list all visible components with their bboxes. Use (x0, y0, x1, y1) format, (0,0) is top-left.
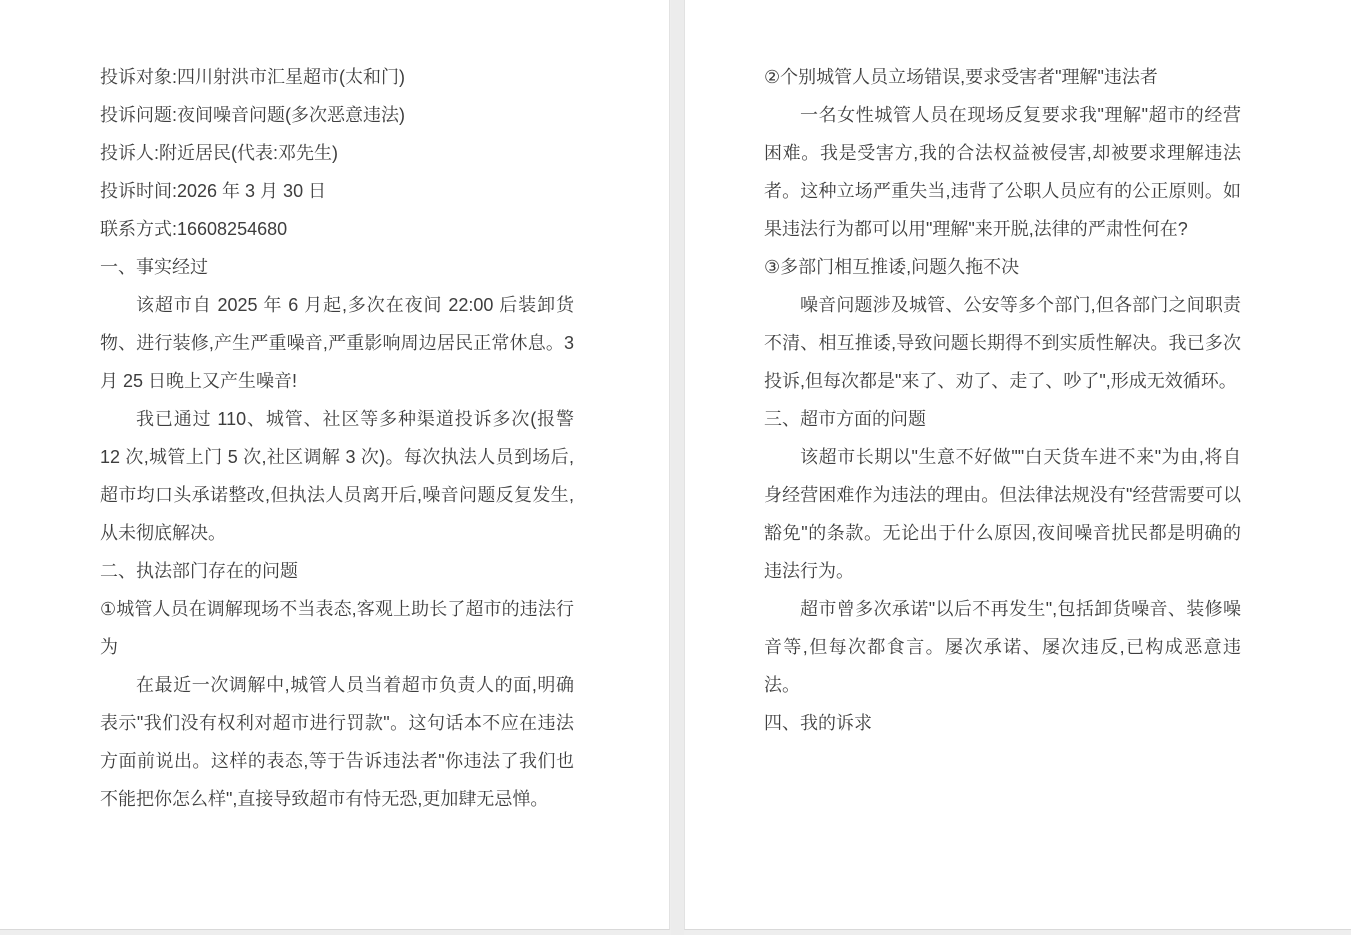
info-line-complaint-date: 投诉时间:2026 年 3 月 30 日 (100, 172, 574, 210)
point-2-paragraph: 一名女性城管人员在现场反复要求我"理解"超市的经营困难。我是受害方,我的合法权益… (764, 96, 1241, 248)
section-4-heading: 四、我的诉求 (764, 704, 1241, 742)
point-1-heading: ①城管人员在调解现场不当表态,客观上助长了超市的违法行为 (100, 590, 574, 666)
page-left-content: 投诉对象:四川射洪市汇星超市(太和门) 投诉问题:夜间噪音问题(多次恶意违法) … (100, 58, 574, 818)
point-3-paragraph: 噪音问题涉及城管、公安等多个部门,但各部门之间职责不清、相互推诿,导致问题长期得… (764, 286, 1241, 400)
info-line-complainant: 投诉人:附近居民(代表:邓先生) (100, 134, 574, 172)
document-page-right: ②个别城管人员立场错误,要求受害者"理解"违法者 一名女性城管人员在现场反复要求… (684, 0, 1351, 930)
section-1-paragraph-2: 我已通过 110、城管、社区等多种渠道投诉多次(报警 12 次,城管上门 5 次… (100, 400, 574, 552)
section-3-heading: 三、超市方面的问题 (764, 400, 1241, 438)
section-3-paragraph-2: 超市曾多次承诺"以后不再发生",包括卸货噪音、装修噪音等,但每次都食言。屡次承诺… (764, 590, 1241, 704)
section-2-heading: 二、执法部门存在的问题 (100, 552, 574, 590)
info-line-complaint-issue: 投诉问题:夜间噪音问题(多次恶意违法) (100, 96, 574, 134)
info-line-contact-number: 联系方式:16608254680 (100, 210, 574, 248)
info-line-complaint-target: 投诉对象:四川射洪市汇星超市(太和门) (100, 58, 574, 96)
section-1-paragraph-1: 该超市自 2025 年 6 月起,多次在夜间 22:00 后装卸货物、进行装修,… (100, 286, 574, 400)
point-2-heading: ②个别城管人员立场错误,要求受害者"理解"违法者 (764, 58, 1241, 96)
page-right-content: ②个别城管人员立场错误,要求受害者"理解"违法者 一名女性城管人员在现场反复要求… (764, 58, 1241, 742)
section-3-paragraph-1: 该超市长期以"生意不好做""白天货车进不来"为由,将自身经营困难作为违法的理由。… (764, 438, 1241, 590)
section-1-heading: 一、事实经过 (100, 248, 574, 286)
point-3-heading: ③多部门相互推诿,问题久拖不决 (764, 248, 1241, 286)
point-1-paragraph: 在最近一次调解中,城管人员当着超市负责人的面,明确表示"我们没有权利对超市进行罚… (100, 666, 574, 818)
document-page-left: 投诉对象:四川射洪市汇星超市(太和门) 投诉问题:夜间噪音问题(多次恶意违法) … (0, 0, 670, 930)
page-gutter (671, 0, 684, 935)
